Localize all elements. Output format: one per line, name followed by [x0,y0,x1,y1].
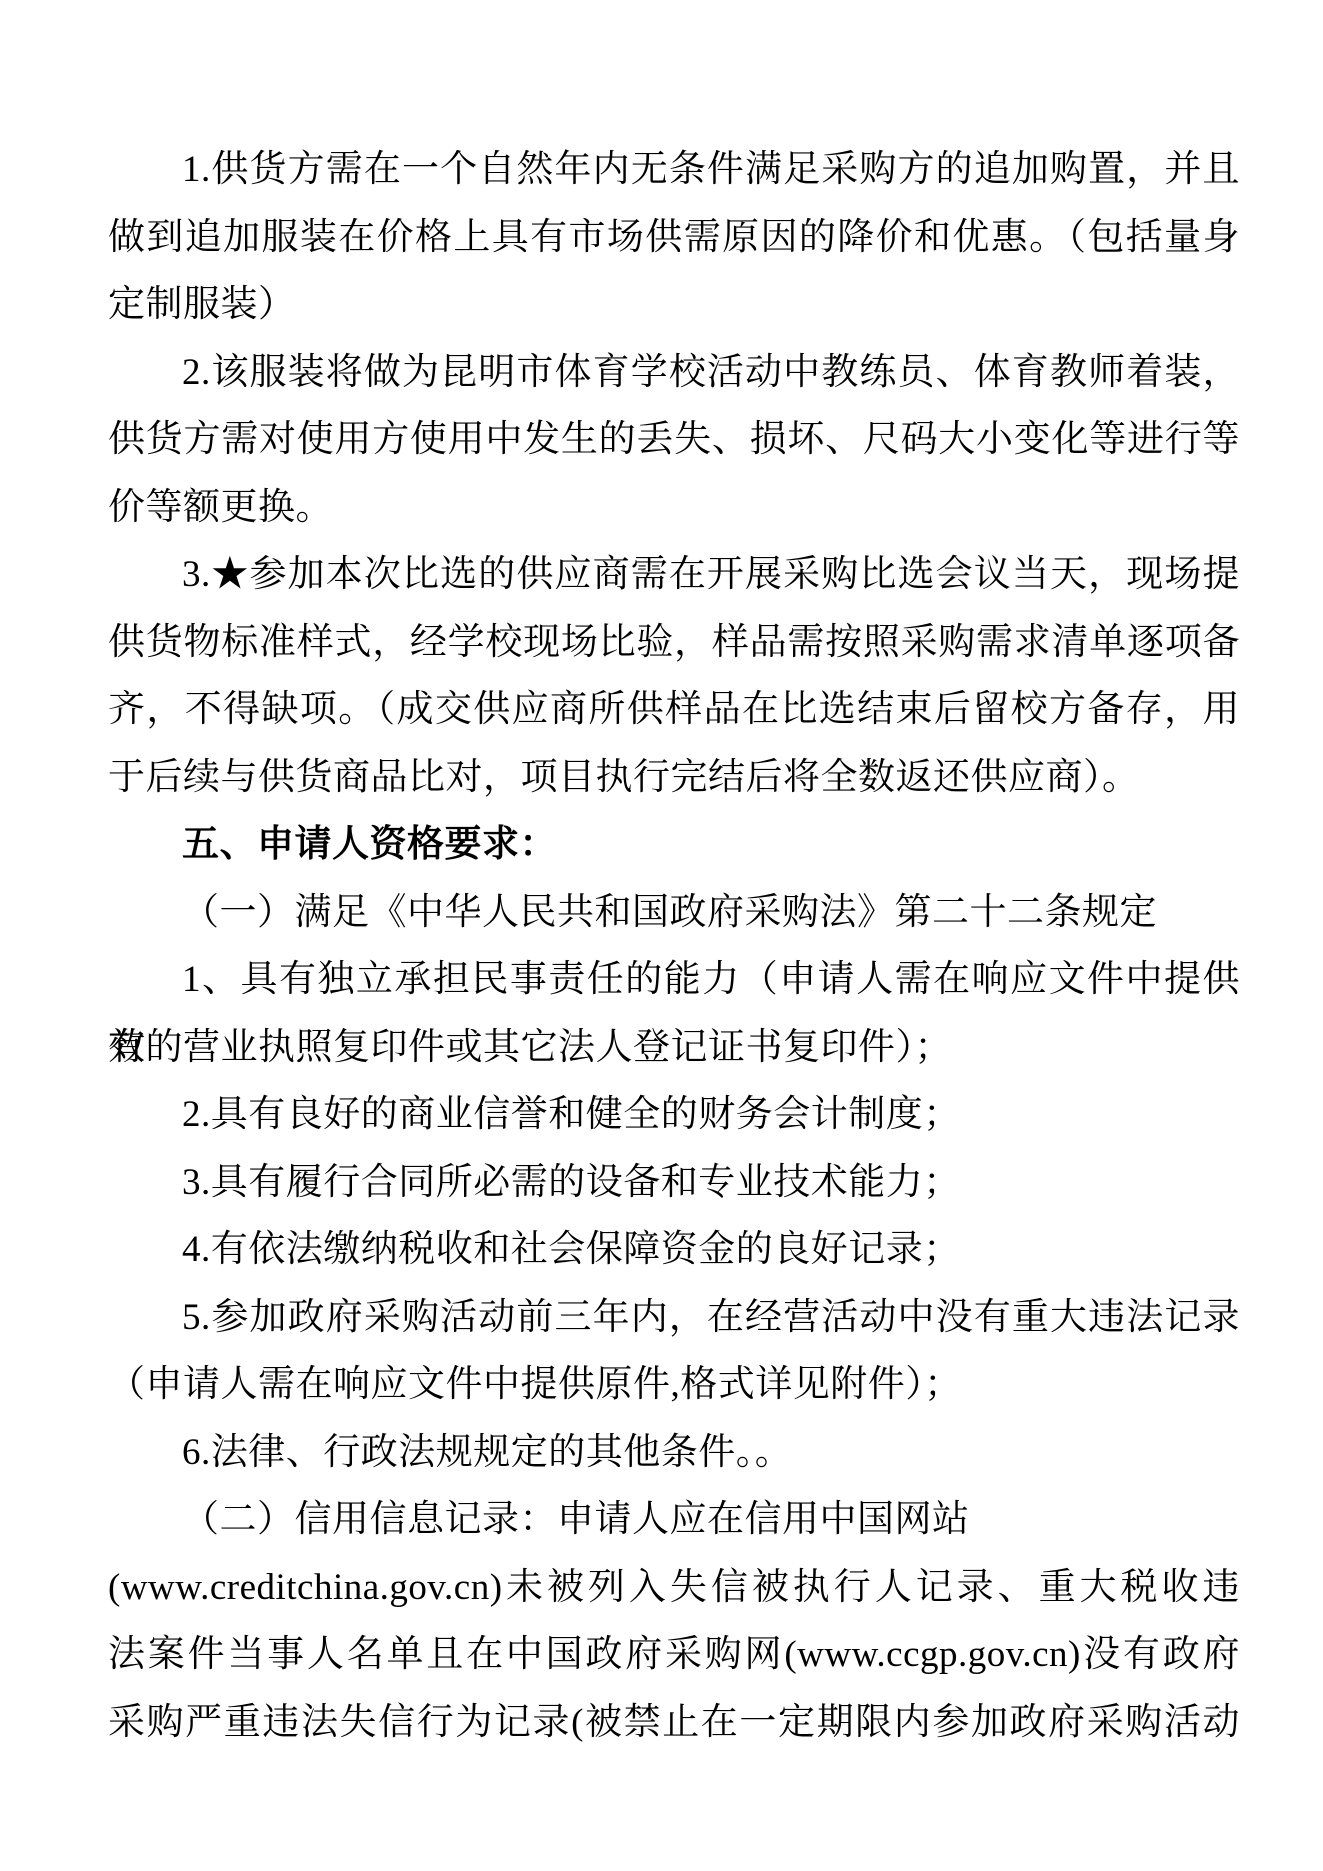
text-line: 价等额更换。 [108,474,1240,542]
text-line: 于后续与供货商品比对，项目执行完结后将全数返还供应商）。 [108,744,1240,812]
text-line: 4.有依法缴纳税收和社会保障资金的良好记录； [108,1216,1240,1284]
text-line: 2.具有良好的商业信誉和健全的财务会计制度； [108,1081,1240,1149]
text-line: 6.法律、行政法规规定的其他条件。。 [108,1419,1240,1487]
text-line: （二）信用信息记录：申请人应在信用中国网站 [108,1486,1240,1554]
document-page: 1.供货方需在一个自然年内无条件满足采购方的追加购置，并且 做到追加服装在价格上… [0,0,1323,1871]
text-line: 1、具有独立承担民事责任的能力（申请人需在响应文件中提供有 [108,946,1240,1014]
section-heading: 五、申请人资格要求： [108,811,1240,879]
text-line: 1.供货方需在一个自然年内无条件满足采购方的追加购置，并且 [108,136,1240,204]
text-line: （一）满足《中华人民共和国政府采购法》第二十二条规定 [108,879,1240,947]
text-line: 效的营业执照复印件或其它法人登记证书复印件）； [108,1014,1240,1082]
text-line: 供货物标准样式，经学校现场比验，样品需按照采购需求清单逐项备 [108,609,1240,677]
text-line: 采购严重违法失信行为记录(被禁止在一定期限内参加政府采购活动 [108,1689,1240,1757]
text-line: 定制服装） [108,271,1240,339]
text-line: 做到追加服装在价格上具有市场供需原因的降价和优惠。（包括量身 [108,204,1240,272]
text-line: 3.具有履行合同所必需的设备和专业技术能力； [108,1149,1240,1217]
text-line: 法案件当事人名单且在中国政府采购网(www.ccgp.gov.cn)没有政府 [108,1621,1240,1689]
text-line: （申请人需在响应文件中提供原件,格式详见附件）； [108,1351,1240,1419]
text-line: 2.该服装将做为昆明市体育学校活动中教练员、体育教师着装， [108,339,1240,407]
text-line: 供货方需对使用方使用中发生的丢失、损坏、尺码大小变化等进行等 [108,406,1240,474]
text-line: 齐，不得缺项。（成交供应商所供样品在比选结束后留校方备存，用 [108,676,1240,744]
text-line: (www.creditchina.gov.cn)未被列入失信被执行人记录、重大税… [108,1554,1240,1622]
text-line: 5.参加政府采购活动前三年内，在经营活动中没有重大违法记录 [108,1284,1240,1352]
text-line: 3.★参加本次比选的供应商需在开展采购比选会议当天，现场提 [108,541,1240,609]
